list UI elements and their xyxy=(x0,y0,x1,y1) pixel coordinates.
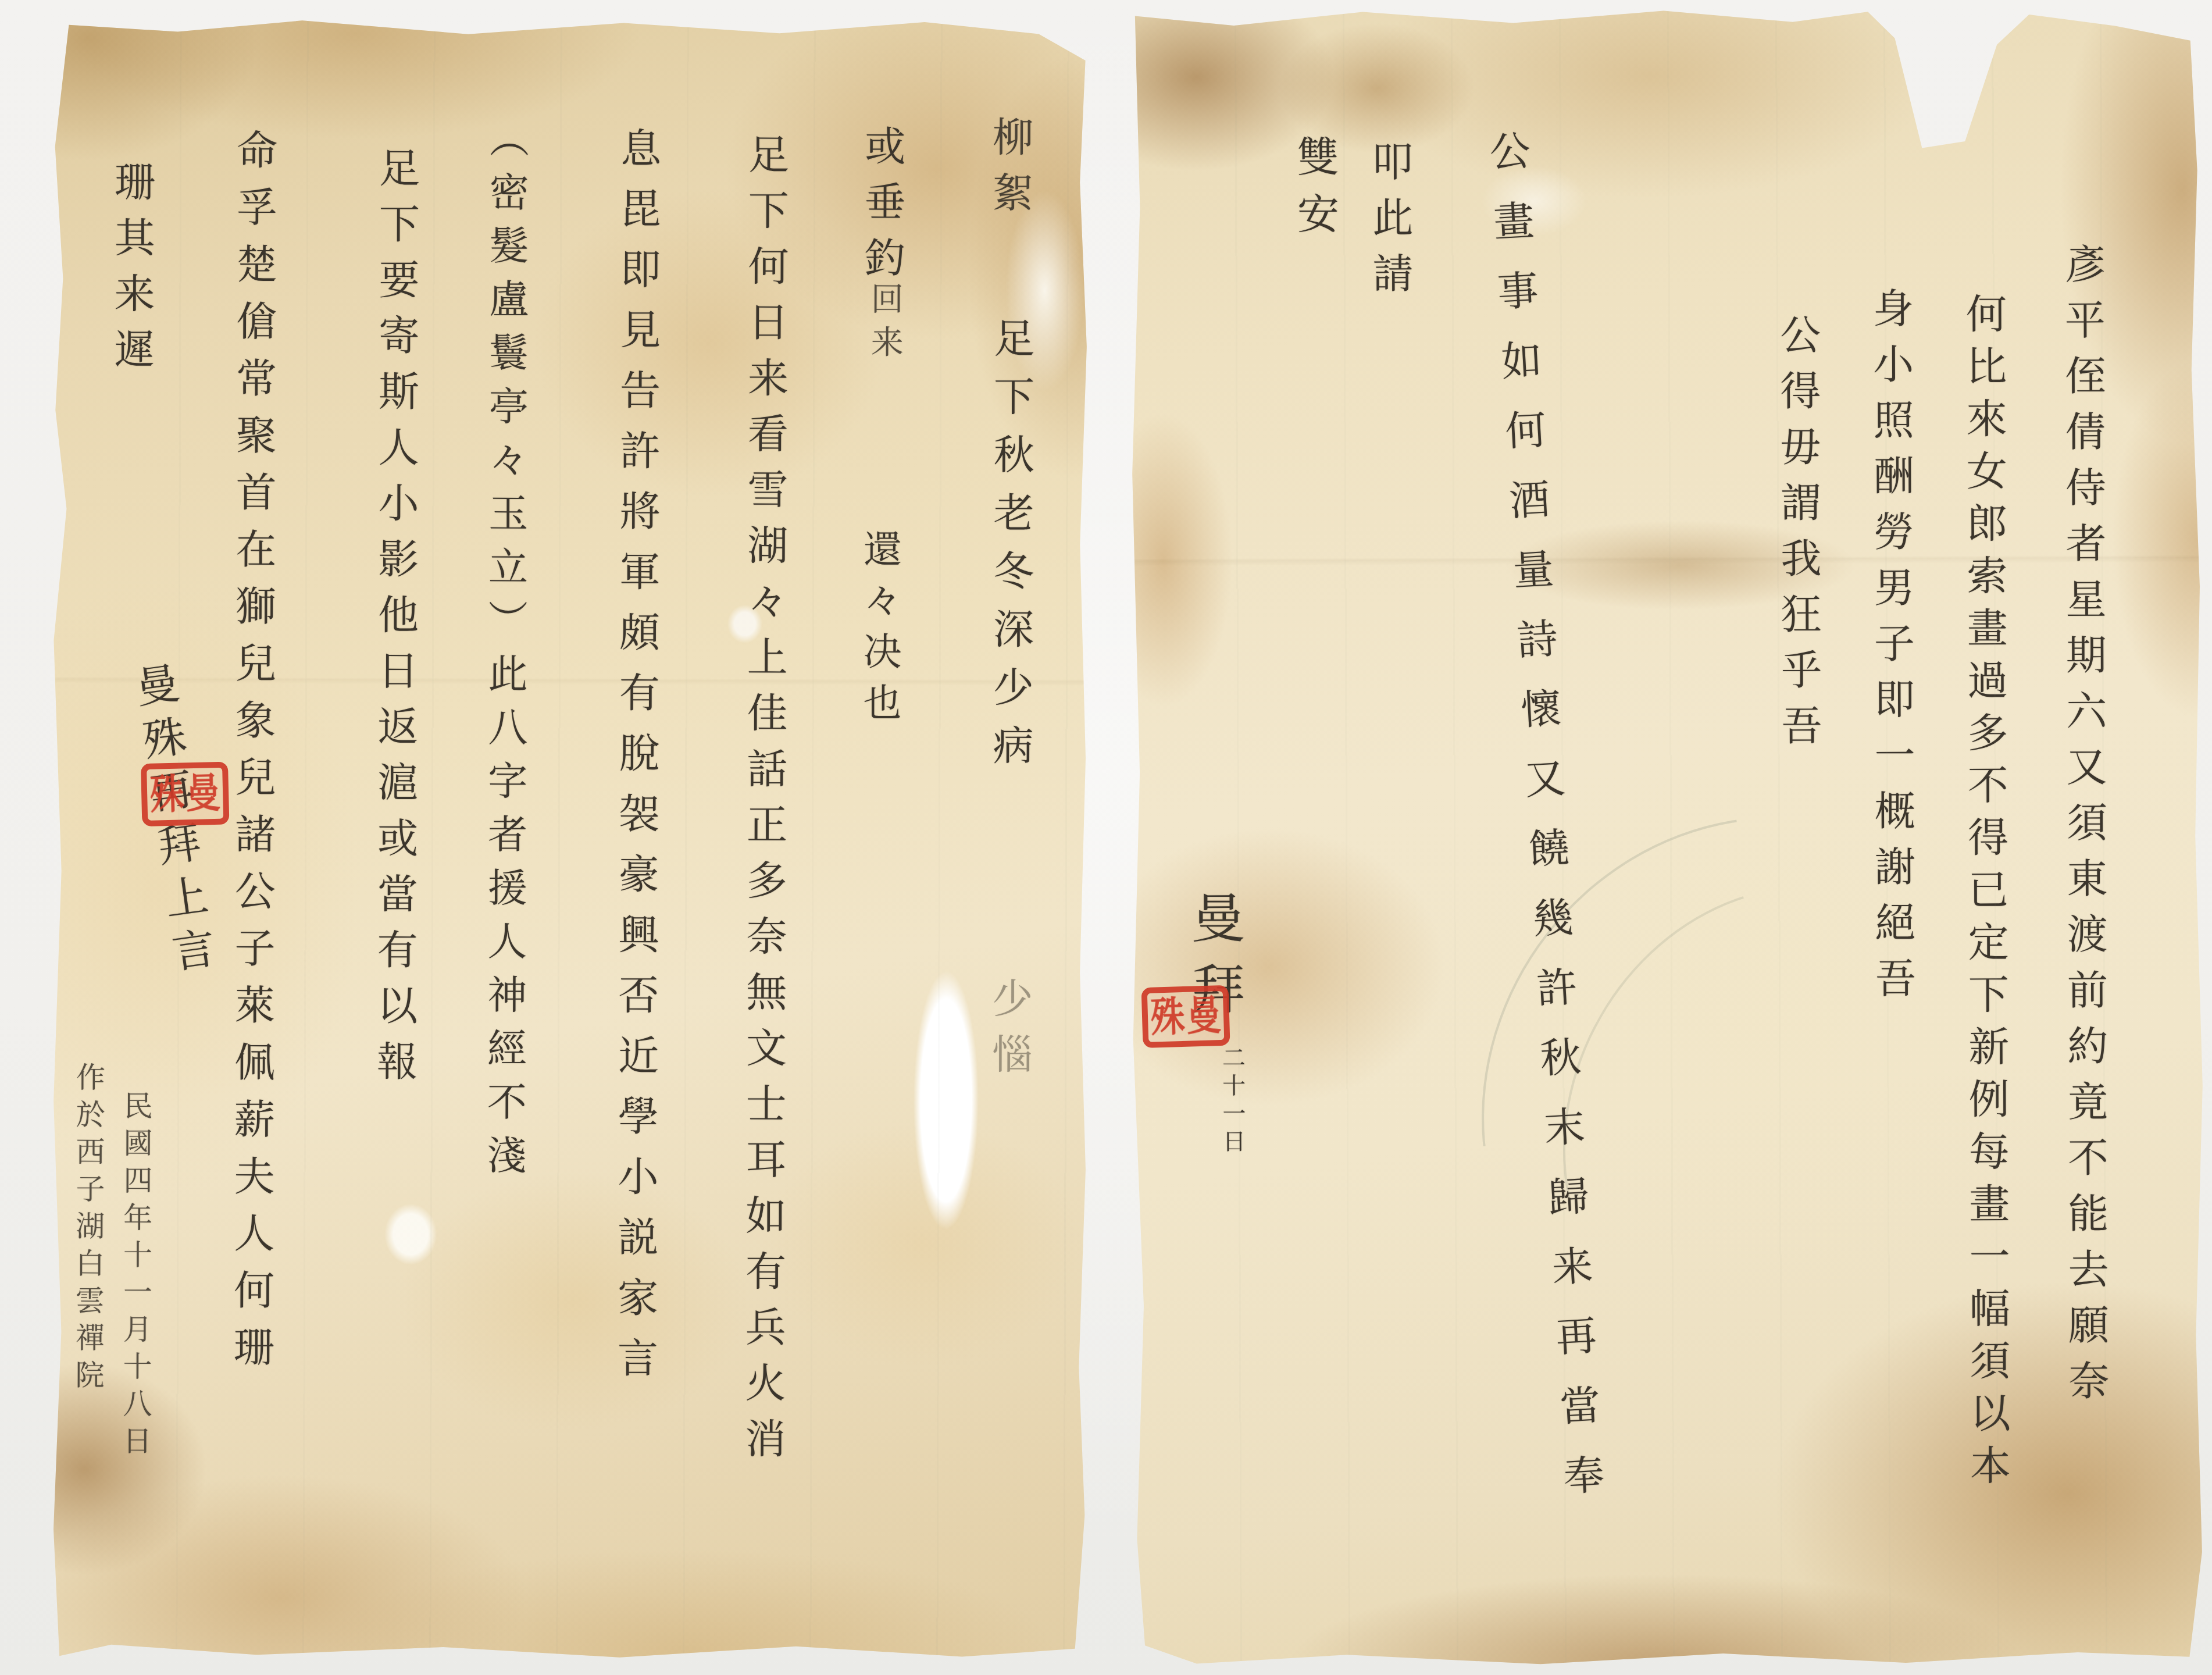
column-2: 或垂釣 xyxy=(859,124,903,292)
seal-glyph: 曼 xyxy=(1186,995,1222,1037)
column-6-closing: 叩此請 xyxy=(1367,141,1412,308)
right-page: 彥平侄倩侍者星期六又須東渡前約竟不能去願奈何比來女郎索畫過多不得已定下新例每畫一… xyxy=(1126,4,2207,1672)
column-3: 身小照酬勞男子即一概謝絕吾 xyxy=(1868,287,1914,1013)
column-6: 足下要寄斯人小影他日返滬或當有以報 xyxy=(372,147,418,1096)
column-1-salutation: 彥平侄倩侍者星期六又須東渡前約竟不能去願奈 xyxy=(2059,243,2107,1415)
column-4: 公得毋謂我狂乎吾 xyxy=(1775,313,1820,760)
column-8: 珊其来遲 xyxy=(109,161,154,384)
column-2: 何比來女郎索畫過多不得已定下新例每畫一幅須以本 xyxy=(1961,293,2009,1496)
red-seal-manshu: 曼殊 xyxy=(141,762,230,827)
column-5: 公畫事如何酒量詩懷又饒幾許秋末歸来再當奉 xyxy=(1483,129,1605,1525)
photo-background: 柳絮足下秋老冬深少病少惱或垂釣回来還々决也足下何日来看雪湖々上佳話正多奈無文士耳… xyxy=(0,0,2212,1675)
column-1b: 足下秋老冬深少病 xyxy=(987,317,1033,782)
left-page: 柳絮足下秋老冬深少病少惱或垂釣回来還々决也足下何日来看雪湖々上佳話正多奈無文士耳… xyxy=(49,15,1090,1664)
date-line: 民國四年十一月十八日 xyxy=(119,1090,152,1463)
column-7-closing: 雙安 xyxy=(1291,135,1337,249)
faint-pencil-sketch-arc xyxy=(1480,807,2077,1430)
seal-glyph: 曼 xyxy=(185,773,220,814)
seal-glyph: 殊 xyxy=(1150,996,1186,1038)
column-7: 命孚楚傖常聚首在獅兒象兒諸公子萊佩薪夫人何珊 xyxy=(229,129,276,1382)
place-line: 作於西子湖白雲禪院 xyxy=(72,1062,104,1397)
column-4: 息毘即見告許將軍頗有脫袈豪興否近學小説家言 xyxy=(612,127,659,1397)
faint-pencil-sketch-arc xyxy=(1370,707,2139,1484)
column-1-salutation: 柳絮 xyxy=(987,116,1032,227)
red-seal-manshu: 曼殊 xyxy=(1141,985,1230,1048)
column-5-parenthetical: （密髮盧鬟亭々玉立）此八字者援人神經不淺 xyxy=(481,118,527,1188)
column-2c: 還々决也 xyxy=(858,529,900,733)
seal-glyph: 殊 xyxy=(149,774,184,815)
column-3: 足下何日来看雪湖々上佳話正多奈無文士耳如有兵火消 xyxy=(740,133,787,1473)
column-2b-small: 回来 xyxy=(866,281,902,368)
date-line: 二十一日 xyxy=(1219,1046,1244,1157)
column-1c-faded: 少惱 xyxy=(987,977,1031,1089)
